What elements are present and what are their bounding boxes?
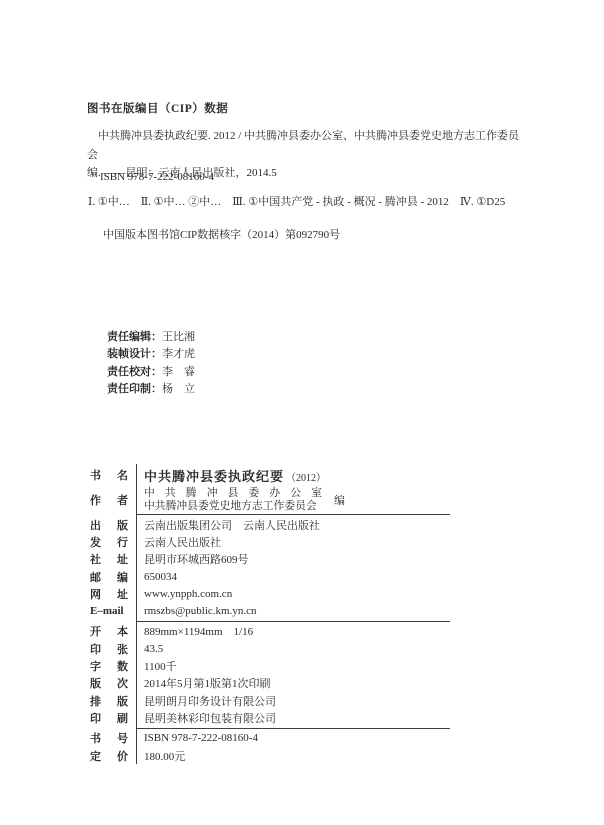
row-value: 云南人民出版社: [134, 534, 450, 550]
row-value: www.ynpph.com.cn: [134, 588, 450, 600]
row-label: 书号: [87, 730, 134, 746]
credit-label: 装帧设计：: [107, 348, 162, 360]
colophon-row-price: 定价 180.00元: [87, 747, 450, 764]
colophon-row-title: 书名 中共腾冲县委执政纪要（2012）: [87, 464, 450, 486]
book-title: 中共腾冲县委执政纪要: [144, 469, 284, 484]
row-value: 昆明市环城西路609号: [134, 551, 450, 567]
group-separator: [136, 728, 450, 729]
row-value: 1100千: [134, 658, 450, 674]
colophon-row-wordcount: 字数 1100千: [87, 657, 450, 674]
row-value: 昆明朗月印务设计有限公司: [134, 693, 450, 709]
cip-isbn: ISBN 978-7-222-08160-4: [100, 171, 214, 183]
row-label: 网址: [87, 586, 134, 602]
row-value: 43.5: [134, 643, 450, 655]
row-label: 字数: [87, 658, 134, 674]
credit-label: 责任印制：: [107, 383, 162, 395]
colophon-row-author: 作者 中共腾冲县委办公室 中共腾冲县委党史地方志工作委员会 编: [87, 486, 450, 513]
credit-row-printing-supervisor: 责任印制：杨 立: [107, 381, 195, 398]
credits-list: 责任编辑：王比湘 装帧设计：李才虎 责任校对：李 睿 责任印制：杨 立: [107, 329, 195, 399]
colophon-row-format: 开本 889mm×1194mm 1/16: [87, 623, 450, 640]
group-separator: [136, 514, 450, 515]
credit-label: 责任校对：: [107, 366, 162, 378]
copyright-page: 图书在版编目（CIP）数据 中共腾冲县委执政纪要. 2012 / 中共腾冲县委办…: [0, 0, 604, 825]
colophon-row-typesetting: 排版 昆明朗月印务设计有限公司: [87, 692, 450, 709]
row-value: 889mm×1194mm 1/16: [134, 623, 450, 639]
cip-classification: Ⅰ. ①中… Ⅱ. ①中… ②中… Ⅲ. ①中国共产党 - 执政 - 概况 - …: [88, 193, 558, 209]
colophon-row-printer: 印刷 昆明美林彩印包装有限公司: [87, 709, 450, 726]
book-title-year: （2012）: [286, 473, 326, 484]
credit-value: 王比湘: [162, 331, 195, 343]
row-label: 邮编: [87, 569, 134, 585]
author-block: 中共腾冲县委办公室 中共腾冲县委党史地方志工作委员会: [144, 487, 322, 513]
row-label: 书名: [87, 467, 134, 483]
author-line-1: 中共腾冲县委办公室: [144, 487, 322, 500]
credit-row-editor: 责任编辑：王比湘: [107, 329, 195, 346]
row-label: 出版: [87, 517, 134, 533]
colophon-row-edition: 版次 2014年5月第1版第1次印刷: [87, 675, 450, 692]
colophon-row-address: 社址 昆明市环城西路609号: [87, 551, 450, 568]
cip-description-line-1: 中共腾冲县委执政纪要. 2012 / 中共腾冲县委办公室、中共腾冲县委党史地方志…: [87, 127, 527, 164]
colophon-row-isbn: 书号 ISBN 978-7-222-08160-4: [87, 730, 450, 747]
colophon-row-email: E–mail rmszbs@public.km.yn.cn: [87, 602, 450, 619]
credit-row-designer: 装帧设计：李才虎: [107, 346, 195, 363]
row-label: E–mail: [87, 605, 134, 617]
cip-heading: 图书在版编目（CIP）数据: [87, 100, 228, 116]
row-value: 昆明美林彩印包装有限公司: [134, 710, 450, 726]
colophon-vertical-rule: [136, 464, 137, 764]
group-separator: [136, 621, 450, 622]
row-label: 印刷: [87, 710, 134, 726]
colophon-table: 书名 中共腾冲县委执政纪要（2012） 作者 中共腾冲县委办公室 中共腾冲县委党…: [87, 464, 450, 764]
row-label: 开本: [87, 623, 134, 639]
row-value: rmszbs@public.km.yn.cn: [134, 605, 450, 617]
credit-row-proofreader: 责任校对：李 睿: [107, 364, 195, 381]
row-value: 650034: [134, 571, 450, 583]
credit-label: 责任编辑：: [107, 331, 162, 343]
colophon-row-website: 网址 www.ynpph.com.cn: [87, 585, 450, 602]
credit-value: 李才虎: [162, 348, 195, 360]
row-label: 发行: [87, 534, 134, 550]
author-cell: 中共腾冲县委办公室 中共腾冲县委党史地方志工作委员会 编: [134, 487, 450, 513]
credit-value: 李 睿: [162, 366, 195, 378]
author-role: 编: [334, 492, 345, 508]
colophon-row-distributor: 发行 云南人民出版社: [87, 533, 450, 550]
row-value: 2014年5月第1版第1次印刷: [134, 675, 450, 691]
row-value: 180.00元: [134, 748, 450, 764]
row-label: 定价: [87, 748, 134, 764]
credit-value: 杨 立: [162, 383, 195, 395]
book-title-cell: 中共腾冲县委执政纪要（2012）: [134, 466, 450, 485]
row-label: 版次: [87, 675, 134, 691]
colophon-row-sheets: 印张 43.5: [87, 640, 450, 657]
colophon-row-publisher: 出版 云南出版集团公司 云南人民出版社: [87, 516, 450, 533]
row-value: 云南出版集团公司 云南人民出版社: [134, 517, 450, 533]
row-value: ISBN 978-7-222-08160-4: [134, 732, 450, 744]
row-label: 印张: [87, 641, 134, 657]
cip-record-number: 中国版本图书馆CIP数据核字（2014）第092790号: [103, 226, 340, 242]
row-label: 社址: [87, 551, 134, 567]
author-line-2: 中共腾冲县委党史地方志工作委员会: [144, 500, 322, 513]
row-label: 排版: [87, 693, 134, 709]
row-label: 作者: [87, 492, 134, 508]
colophon-row-postcode: 邮编 650034: [87, 568, 450, 585]
